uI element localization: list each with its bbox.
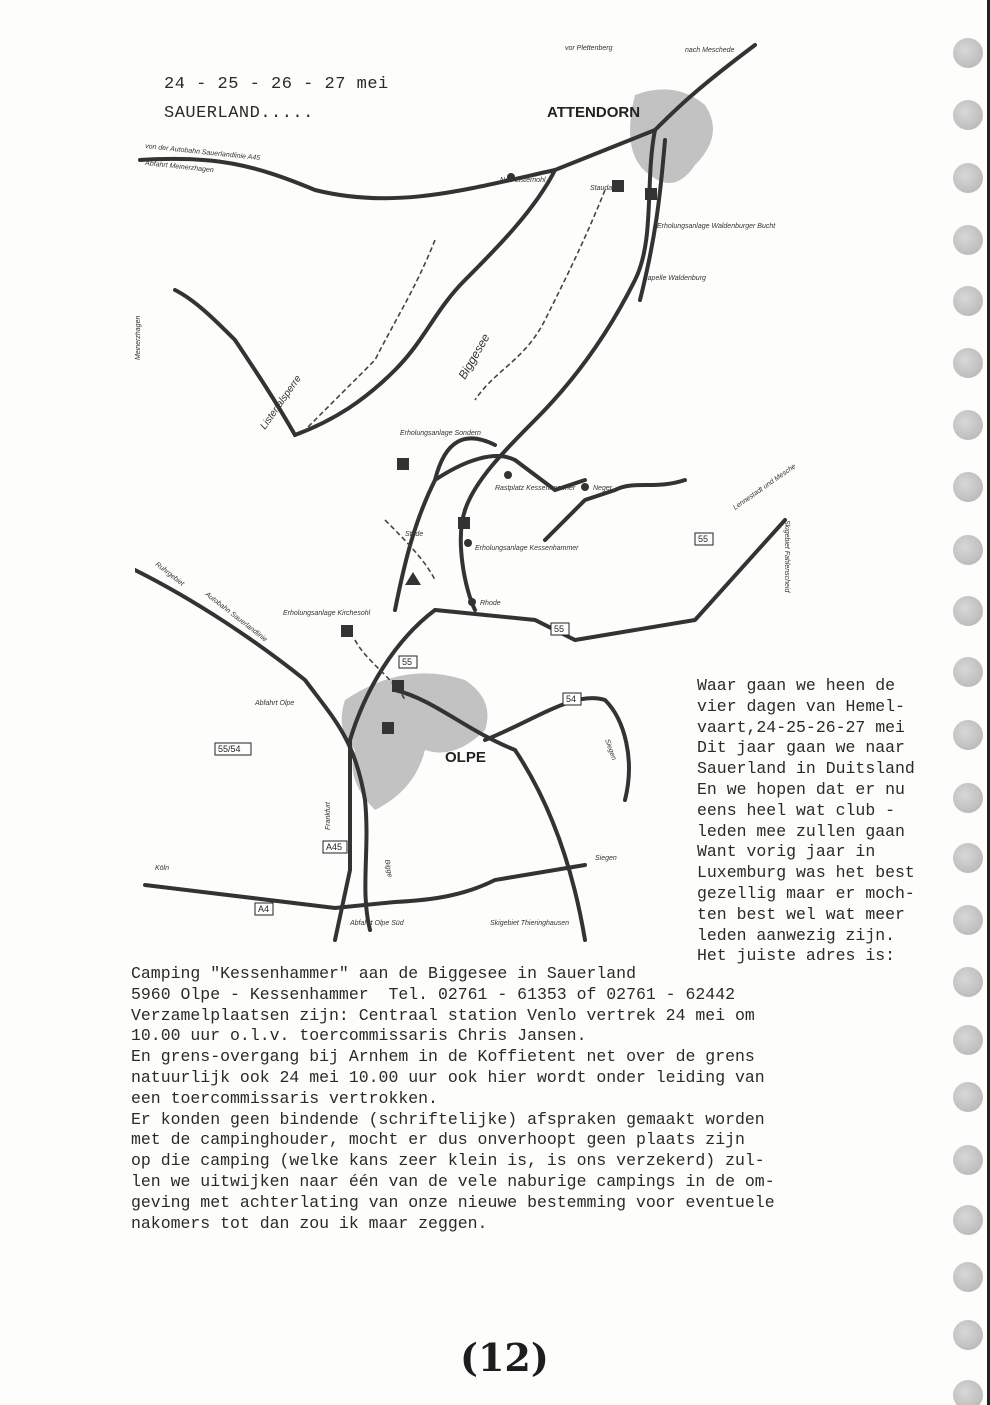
intro-line: Waar gaan we heen de (697, 676, 915, 697)
camping-icon (405, 572, 421, 585)
road-badge: 54 (566, 694, 576, 704)
punch-hole (953, 100, 983, 130)
intro-line: vaart,24-25-26-27 mei (697, 718, 915, 739)
svg-text:Skigebiet Fahlenscheid: Skigebiet Fahlenscheid (783, 520, 790, 593)
svg-text:Abfahrt Olpe Süd: Abfahrt Olpe Süd (349, 920, 405, 927)
map-labels: von der Autobahn Sauerlandlinie A45 Abfa… (135, 45, 795, 927)
details-line: len we uitwijken naar één van de vele na… (131, 1172, 775, 1193)
place-dot (464, 539, 472, 547)
punch-hole (953, 1205, 983, 1235)
details-line: nakomers tot dan zou ik maar zeggen. (131, 1214, 775, 1235)
place-dot (581, 483, 589, 491)
punch-hole (953, 348, 983, 378)
place-dot (507, 173, 515, 181)
punch-hole (953, 38, 983, 68)
parking-icon (645, 188, 657, 200)
parking-icon (341, 625, 353, 637)
road-badge: A45 (326, 842, 342, 852)
svg-text:Erholungsanlage Waldenburger B: Erholungsanlage Waldenburger Bucht (657, 223, 776, 230)
svg-text:Erholungsanlage Kessenhammer: Erholungsanlage Kessenhammer (475, 545, 579, 552)
details-line: met de campinghouder, mocht er dus onver… (131, 1130, 775, 1151)
details-line: een toercommissaris vertrokken. (131, 1089, 775, 1110)
svg-text:Skigebiet Thieringhausen: Skigebiet Thieringhausen (490, 920, 569, 927)
details-line: Verzamelplaatsen zijn: Centraal station … (131, 1006, 775, 1027)
svg-text:Meinerzhagen: Meinerzhagen (135, 316, 142, 360)
punch-hole (953, 410, 983, 440)
svg-text:Abfahrt Olpe: Abfahrt Olpe (254, 700, 294, 707)
road-badge: 55 (554, 624, 564, 634)
svg-text:Erholungsanlage Sondern: Erholungsanlage Sondern (400, 430, 481, 437)
svg-text:Listertalsperre: Listertalsperre (258, 373, 304, 432)
svg-text:Stade: Stade (405, 531, 423, 538)
punch-hole (953, 905, 983, 935)
roads (135, 45, 785, 940)
svg-text:Biggesee: Biggesee (455, 331, 492, 382)
svg-text:Autobahn Sauerlandlinie: Autobahn Sauerlandlinie (203, 590, 268, 643)
punch-hole (953, 967, 983, 997)
svg-text:Frankfurt: Frankfurt (325, 801, 332, 830)
intro-line: ten best wel wat meer (697, 905, 915, 926)
svg-text:Lennestadt und Meschede: Lennestadt und Meschede (732, 459, 795, 512)
intro-line: Dit jaar gaan we naar (697, 738, 915, 759)
svg-text:Neu-Listernohl: Neu-Listernohl (500, 177, 546, 184)
details-line: Er konden geen bindende (schriftelijke) … (131, 1110, 775, 1131)
svg-text:vor Plettenberg: vor Plettenberg (565, 45, 613, 52)
svg-text:Bigge: Bigge (383, 859, 393, 878)
details-line: natuurlijk ook 24 mei 10.00 uur ook hier… (131, 1068, 775, 1089)
svg-text:Neger: Neger (593, 485, 613, 492)
details-line: geving met achterlating van onze nieuwe … (131, 1193, 775, 1214)
place-dot (504, 471, 512, 479)
details-line: Camping "Kessenhammer" aan de Biggesee i… (131, 964, 775, 985)
route-map: ATTENDORN OLPE von der Autobahn Sauerlan… (135, 40, 795, 945)
punch-hole (953, 1262, 983, 1292)
punch-hole (953, 1145, 983, 1175)
svg-text:Rastplatz Kessenhammer: Rastplatz Kessenhammer (495, 485, 576, 492)
road-badge: 55 (402, 657, 412, 667)
punch-hole (953, 720, 983, 750)
punch-hole (953, 1320, 983, 1350)
punch-hole (953, 783, 983, 813)
svg-text:nach Meschede: nach Meschede (685, 47, 735, 54)
svg-text:Rhode: Rhode (480, 600, 501, 607)
poi-icons (341, 173, 657, 734)
svg-text:Kapelle Waldenburg: Kapelle Waldenburg (643, 275, 706, 282)
intro-line: leden mee zullen gaan (697, 822, 915, 843)
intro-line: leden aanwezig zijn. (697, 926, 915, 947)
punch-hole (953, 286, 983, 316)
punch-hole (953, 657, 983, 687)
road-badge: A4 (258, 904, 269, 914)
svg-text:Abfahrt Meinerzhagen: Abfahrt Meinerzhagen (144, 160, 214, 174)
punch-hole (953, 1082, 983, 1112)
svg-text:Köln: Köln (155, 865, 169, 872)
city-olpe: OLPE (445, 749, 486, 766)
details-line: En grens-overgang bij Arnhem in de Koffi… (131, 1047, 775, 1068)
parking-icon (458, 517, 470, 529)
punch-hole (953, 472, 983, 502)
svg-text:Siegen: Siegen (595, 855, 617, 862)
parking-icon (612, 180, 624, 192)
details-line: op die camping (welke kans zeer klein is… (131, 1151, 775, 1172)
road-badge: 55 (698, 534, 708, 544)
punch-hole (953, 225, 983, 255)
intro-paragraph: Waar gaan we heen devier dagen van Hemel… (697, 676, 915, 967)
details-paragraph: Camping "Kessenhammer" aan de Biggesee i… (131, 964, 775, 1234)
punch-hole (953, 843, 983, 873)
details-line: 5960 Olpe - Kessenhammer Tel. 02761 - 61… (131, 985, 775, 1006)
svg-text:Siegen: Siegen (603, 738, 617, 761)
parking-icon (392, 680, 404, 692)
page-number: (12) (460, 1335, 549, 1380)
svg-text:Erholungsanlage Kirchesohl: Erholungsanlage Kirchesohl (283, 610, 371, 617)
parking-icon (382, 722, 394, 734)
parking-icon (397, 458, 409, 470)
punch-hole (953, 596, 983, 626)
details-line: 10.00 uur o.l.v. toercommissaris Chris J… (131, 1026, 775, 1047)
punch-hole (953, 1380, 983, 1405)
intro-line: gezellig maar er moch- (697, 884, 915, 905)
intro-line: eens heel wat club - (697, 801, 915, 822)
city-attendorn: ATTENDORN (547, 104, 640, 121)
place-dot (468, 598, 476, 606)
intro-line: vier dagen van Hemel- (697, 697, 915, 718)
road-badge: 55/54 (218, 744, 241, 754)
punch-hole (953, 1025, 983, 1055)
punch-hole (953, 535, 983, 565)
intro-line: En we hopen dat er nu (697, 780, 915, 801)
intro-line: Want vorig jaar in (697, 842, 915, 863)
intro-line: Luxemburg was het best (697, 863, 915, 884)
punch-hole (953, 163, 983, 193)
intro-line: Sauerland in Duitsland (697, 759, 915, 780)
